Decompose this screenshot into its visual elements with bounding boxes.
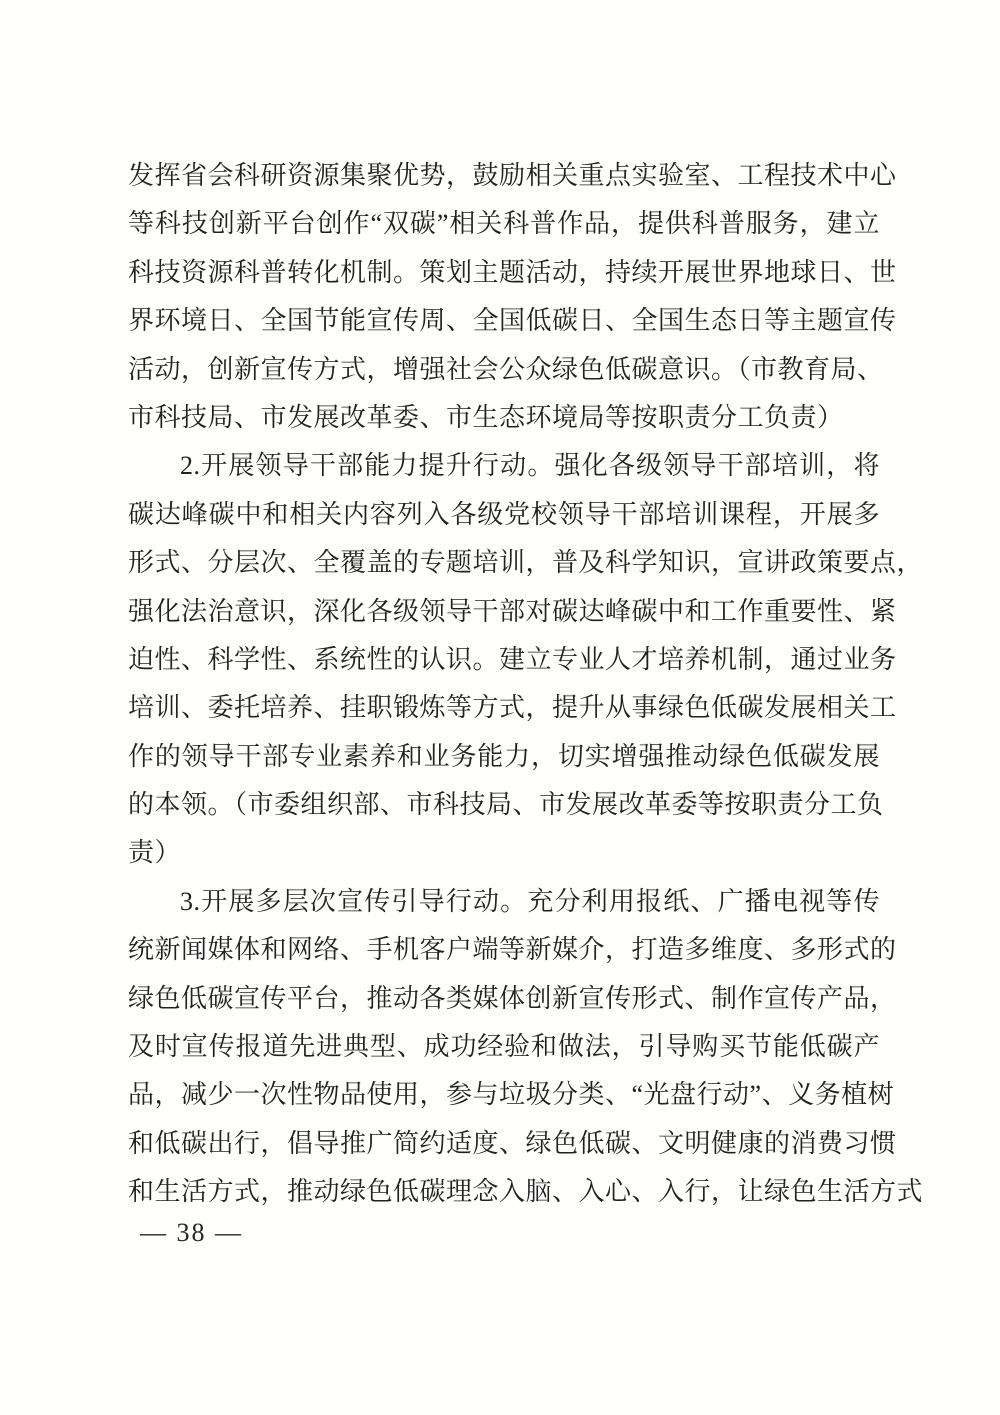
text-line: 统新闻媒体和网络、手机客户端等新媒介，打造多维度、多形式的 (128, 926, 880, 974)
text-line: 和生活方式，推动绿色低碳理念入脑、入心、入行，让绿色生活方式 (128, 1168, 880, 1216)
page-number: — 38 — (140, 1218, 243, 1248)
text-line: 等科技创新平台创作“双碳”相关科普作品，提供科普服务，建立 (128, 200, 880, 248)
text-line: 迫性、科学性、系统性的认识。建立专业人才培养机制，通过业务 (128, 636, 880, 684)
text-line: 强化法治意识，深化各级领导干部对碳达峰碳中和工作重要性、紧 (128, 588, 880, 636)
text-line: 培训、委托培养、挂职锻炼等方式，提升从事绿色低碳发展相关工 (128, 684, 880, 732)
text-line: 碳达峰碳中和相关内容列入各级党校领导干部培训课程，开展多 (128, 491, 880, 539)
text-line: 科技资源科普转化机制。策划主题活动，持续开展世界地球日、世 (128, 249, 880, 297)
text-line: 2.开展领导干部能力提升行动。强化各级领导干部培训，将 (128, 442, 880, 490)
text-line: 活动，创新宣传方式，增强社会公众绿色低碳意识。（市教育局、 (128, 346, 880, 394)
document-page: 发挥省会科研资源集聚优势，鼓励相关重点实验室、工程技术中心等科技创新平台创作“双… (0, 0, 1000, 1415)
text-line: 3.开展多层次宣传引导行动。充分利用报纸、广播电视等传 (128, 878, 880, 926)
text-line: 品，减少一次性物品使用，参与垃圾分类、“光盘行动”、义务植树 (128, 1071, 880, 1119)
text-line: 发挥省会科研资源集聚优势，鼓励相关重点实验室、工程技术中心 (128, 152, 880, 200)
text-line: 市科技局、市发展改革委、市生态环境局等按职责分工负责） (128, 394, 880, 442)
text-line: 作的领导干部专业素养和业务能力，切实增强推动绿色低碳发展 (128, 733, 880, 781)
text-block: 发挥省会科研资源集聚优势，鼓励相关重点实验室、工程技术中心等科技创新平台创作“双… (128, 152, 880, 1217)
text-line: 责） (128, 829, 880, 877)
text-line: 形式、分层次、全覆盖的专题培训，普及科学知识，宣讲政策要点， (128, 539, 880, 587)
text-line: 界环境日、全国节能宣传周、全国低碳日、全国生态日等主题宣传 (128, 297, 880, 345)
text-line: 和低碳出行，倡导推广简约适度、绿色低碳、文明健康的消费习惯 (128, 1120, 880, 1168)
text-line: 的本领。（市委组织部、市科技局、市发展改革委等按职责分工负 (128, 781, 880, 829)
text-line: 及时宣传报道先进典型、成功经验和做法，引导购买节能低碳产 (128, 1023, 880, 1071)
text-line: 绿色低碳宣传平台，推动各类媒体创新宣传形式、制作宣传产品， (128, 975, 880, 1023)
